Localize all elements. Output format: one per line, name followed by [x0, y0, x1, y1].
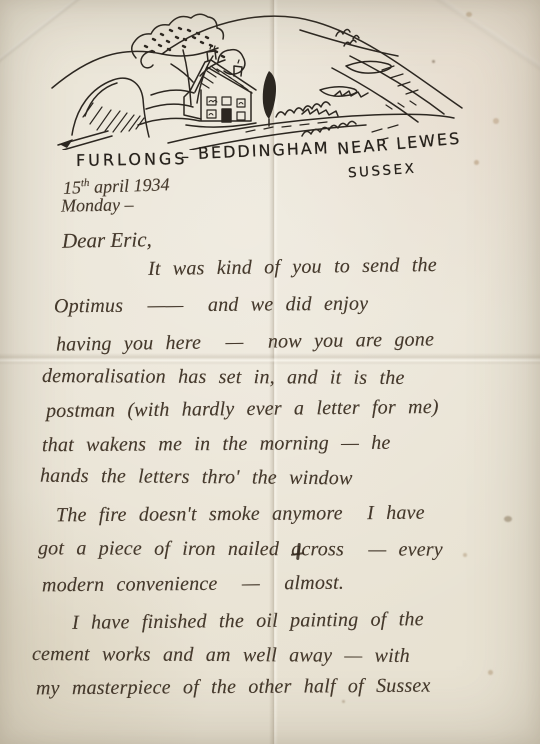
letter-photo: FURLONGS – BEDDINGHAM NEAR LEWES SUSSEX …: [0, 0, 540, 744]
body-line-1: It was kind of you to send the: [148, 254, 437, 281]
body-line-8: The fire doesn't smoke anymore I have: [56, 502, 425, 528]
hills-downs: [52, 16, 462, 122]
plough: [58, 131, 112, 150]
farmhouse: [184, 46, 256, 127]
body-line-6: that wakens me in the morning — he: [42, 432, 391, 457]
body-line-12: cement works and am well away — with: [32, 643, 410, 668]
foxing-spot: [504, 516, 512, 522]
body-line-9: got a piece of iron nailed across — ever…: [38, 537, 443, 561]
heading-sussex: SUSSEX: [348, 161, 417, 182]
body-line-13: my masterpiece of the other half of Suss…: [36, 675, 431, 701]
landscape-sketch: [50, 4, 490, 150]
foxing-spot: [474, 160, 479, 165]
body-line-7: hands the letters thro' the window: [40, 465, 353, 491]
haystack: [72, 78, 149, 137]
body-line-4: demoralisation has set in, and it is the: [42, 365, 405, 390]
heading-dash: –: [181, 147, 189, 166]
cypress-tree: [263, 71, 276, 126]
weekday-line: Monday –: [61, 194, 134, 216]
body-line-11: I have finished the oil painting of the: [72, 608, 424, 635]
salutation: Dear Eric,: [62, 227, 152, 254]
foxing-spot: [463, 553, 467, 557]
body-line-2: Optimus —— and we did enjoy: [54, 293, 368, 319]
body-line-10: modern convenience — almost.: [42, 572, 344, 598]
body-line-5: postman (with hardly ever a letter for m…: [46, 396, 439, 423]
foxing-spot: [488, 670, 493, 675]
foxing-spot: [342, 700, 345, 703]
foxing-spot: [493, 118, 499, 124]
heading-furlongs: FURLONGS: [76, 149, 188, 170]
